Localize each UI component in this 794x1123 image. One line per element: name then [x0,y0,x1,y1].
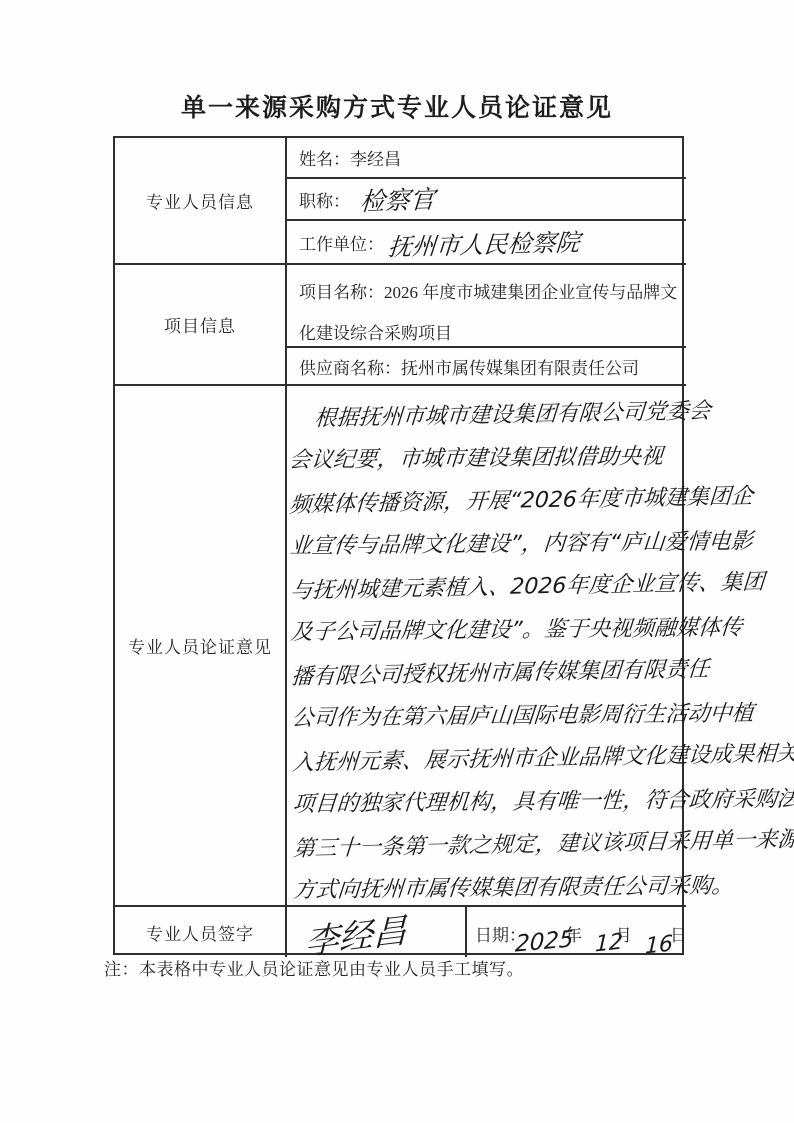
workunit-field-label: 工作单位： [299,230,384,255]
title-field-label: 职称： [299,187,350,212]
opinion-line: 播有限公司授权抚州市属传媒集团有限责任 [290,648,705,699]
opinion-line: 第三十一条第一款之规定，建议该项目采用单一来源 [291,820,706,871]
signature-label: 专业人员签字 [115,907,287,957]
name-field-label: 姓名： [299,145,350,170]
document-page: 单一来源采购方式专业人员论证意见 专业人员信息 项目信息 专业人员论证意见 专业… [0,0,794,1123]
opinion-line: 与抚州城建元素植入、2026年度企业宣传、集团 [289,562,704,613]
supplier-row: 供应商名称：抚州市属传媒集团有限责任公司 [287,348,686,386]
workunit-row: 工作单位： 抚州市人民检察院 [287,221,686,265]
opinion-line: 会议纪要，市城市建设集团拟借助央视 [287,435,702,482]
project-name-label: 项目名称： [299,283,384,302]
page-title: 单一来源采购方式专业人员论证意见 [0,88,794,124]
name-row: 姓名： 李经昌 [287,138,686,179]
opinion-line: 业宣传与品牌文化建设”，内容有“庐山爱情电影 [288,521,703,568]
footnote: 注：本表格中专业人员论证意见由专业人员手工填写。 [104,955,724,980]
workunit-field-handwritten-value: 抚州市人民检察院 [387,222,582,262]
opinion-line: 入抚州元素、展示抚州市企业品牌文化建设成果相关 [291,734,706,785]
title-row: 职称： 检察官 [287,179,686,221]
project-info-label: 项目信息 [115,265,287,386]
opinion-line: 频媒体传播资源，开展“2026年度市城建集团企 [288,476,703,527]
opinion-cell: 根据抚州市城市建设集团有限公司党委会 会议纪要，市城市建设集团拟借助央视 频媒体… [287,386,686,907]
opinion-line: 方式向抚州市属传媒集团有限责任公司采购。 [292,865,707,912]
opinion-form-table: 专业人员信息 项目信息 专业人员论证意见 专业人员签字 姓名： 李经昌 职称： … [113,136,684,955]
date-month-handwritten: 12 [595,929,624,957]
opinion-label: 专业人员论证意见 [115,386,287,907]
supplier-label: 供应商名称： [299,354,401,379]
opinion-handwritten-text: 根据抚州市城市建设集团有限公司党委会 会议纪要，市城市建设集团拟借助央视 频媒体… [288,392,705,912]
project-name-row: 项目名称：2026 年度市城建集团企业宣传与品牌文化建设综合采购项目 [287,265,686,348]
opinion-line: 项目的独家代理机构，具有唯一性，符合政府采购法 [291,779,706,826]
opinion-line: 根据抚州市城市建设集团有限公司党委会 [287,390,702,441]
title-field-handwritten-value: 检察官 [359,180,436,219]
personnel-info-label: 专业人员信息 [115,138,287,265]
opinion-line: 公司作为在第六届庐山国际电影周衍生活动中植 [290,693,705,740]
opinion-line: 及子公司品牌文化建设”。鉴于央视频融媒体传 [289,607,704,654]
supplier-value: 抚州市属传媒集团有限责任公司 [401,354,639,379]
signature-cell: 李经昌 [287,907,467,957]
date-year-handwritten: 2025 [514,926,574,957]
name-field-value: 李经昌 [350,145,401,170]
date-cell: 日期： 年 月 日 2025 12 16 [467,907,686,957]
